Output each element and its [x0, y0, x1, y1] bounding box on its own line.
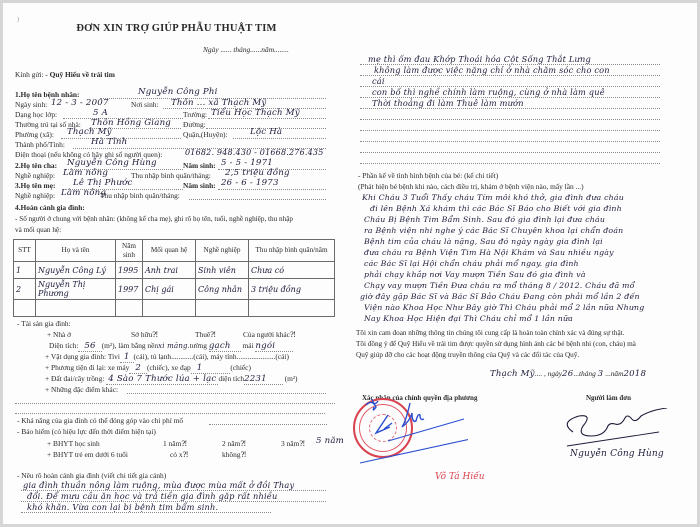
- year-label: năm: [611, 369, 624, 378]
- motorbike-count[interactable]: 2: [129, 363, 147, 374]
- city-label: Thành phố/Tỉnh:: [15, 140, 65, 150]
- disease-line[interactable]: Bệnh tim của cháu là nặng, Sau đó ngày n…: [364, 237, 603, 247]
- disease-subheading: (Phát hiện bé bệnh khi nào, cách điều tr…: [358, 182, 584, 192]
- father-income-label: Thu nhập bình quân/tháng:: [131, 171, 211, 181]
- dob-label: Ngày sinh:: [15, 100, 47, 110]
- table-header-row: STT Họ và tên Năm sinh Mối quan hệ Nghề …: [14, 240, 335, 262]
- cell-income[interactable]: Chưa có: [249, 262, 335, 279]
- father-name[interactable]: Nguyễn Công Hùng: [67, 158, 157, 168]
- appliances-rest: (cái), tủ lạnh............(cái), máy tín…: [134, 352, 289, 361]
- mother-birth-label: Năm sinh:: [183, 181, 216, 191]
- land-area-label: diện tích: [218, 374, 244, 383]
- scanned-application-form: ) ĐƠN XIN TRỢ GIÚP PHẪU THUẬT TIM Ngày .…: [3, 3, 697, 524]
- floor-value[interactable]: xi măng: [158, 342, 188, 350]
- ward-value[interactable]: Thạch Mỹ: [67, 127, 112, 137]
- father-name-label: 2.Họ tên cha:: [15, 161, 57, 171]
- applicant-label: Người làm đơn: [586, 393, 631, 403]
- disease-line[interactable]: Cháu Bị Bệnh Tim Bẩm Sinh. Sau đó gia đì…: [364, 215, 605, 225]
- cell-relation[interactable]: Anh trai: [143, 262, 196, 279]
- other-owner-option[interactable]: Của người khác⁈: [243, 330, 295, 340]
- phone-value[interactable]: 01682. 948.430 - 01668.276.435: [185, 148, 323, 158]
- appliances-label: + Vật dụng gia đình: Tivi: [45, 352, 120, 361]
- bike-unit: (chiếc): [230, 363, 251, 372]
- district-label: Quận,(Huyện):: [183, 130, 228, 140]
- local-gov-signer-name: Võ Tá Hiếu: [435, 472, 485, 482]
- dotted-line: [360, 141, 660, 142]
- col-stt: STT: [14, 240, 36, 262]
- recipient-label: Kính gửi:: [15, 70, 43, 79]
- cell-stt[interactable]: 2: [14, 279, 36, 300]
- father-income[interactable]: 2,5 triệu đồng: [225, 168, 290, 178]
- disease-line[interactable]: các Bác Sĩ lại Hội chẩn cháu phải mổ nga…: [364, 259, 579, 269]
- area-label: Diện tích:: [49, 341, 78, 350]
- cell-job[interactable]: Công nhân: [196, 279, 249, 300]
- mother-name[interactable]: Lê Thị Phước: [73, 178, 133, 188]
- continued-line[interactable]: Thời thoảng đi làm Thuê làm mướn: [372, 98, 524, 108]
- dotted-line: [360, 119, 660, 120]
- transport-label: + Phương tiện đi lại: xe máy: [45, 363, 129, 372]
- cell-stt[interactable]: 1: [14, 262, 36, 279]
- col-job: Nghề nghiệp: [196, 240, 249, 262]
- month-label: tháng: [579, 369, 596, 378]
- roof-label: mái: [242, 341, 253, 350]
- col-income: Thu nhập bình quân/năm: [249, 240, 335, 262]
- disease-heading: - Phần kể về tình hình bệnh của bé: (kể …: [358, 171, 498, 181]
- dotted-line: [15, 413, 325, 414]
- area-row: Diện tích:56(m²), làm bằng nềnxi măng.tư…: [49, 341, 293, 351]
- members-note-2: và mối quan hệ:: [15, 225, 61, 235]
- dotted-line: [208, 118, 326, 119]
- continued-line[interactable]: mẹ thì ốm đau Khớp Thoái hóa Cột Sống Th…: [368, 54, 591, 64]
- commitment-line-3: Quỹ giúp đỡ cho các hoạt động truyền thô…: [356, 350, 579, 360]
- bhyt-yes-option[interactable]: có x⁈: [170, 450, 188, 460]
- ward-label: Phường (xã):: [15, 130, 54, 140]
- land-area-unit: (m²): [285, 374, 298, 383]
- recipient-row: Kính gửi: - Quỹ Hiểu về trái tim: [15, 70, 115, 80]
- form-title: ĐƠN XIN TRỢ GIÚP PHẪU THUẬT TIM: [3, 23, 350, 34]
- situation-line[interactable]: đổi. Để mưu cầu ăn học và trả tiền gia đ…: [27, 491, 278, 501]
- cell-birth-year[interactable]: 1997: [116, 279, 143, 300]
- disease-line[interactable]: đi lên Bệnh Xá khám thì các Bác Sĩ Báo c…: [370, 204, 622, 214]
- disease-line[interactable]: Viện nào Khoa Học Như Bây giờ Thì Cháu p…: [364, 303, 644, 313]
- district-value[interactable]: Lộc Hà: [250, 127, 282, 137]
- cell-name[interactable]: Nguyễn Công Lý: [36, 262, 116, 279]
- insurance-label: - Bảo hiểm (có hiệu lực đến thời điểm hi…: [17, 427, 156, 437]
- mother-income-label: Thu nhập bình quân/tháng:: [100, 191, 180, 201]
- birthplace-label: Nơi sinh:: [131, 100, 159, 110]
- dotted-line: [360, 163, 660, 164]
- dotted-line: [360, 130, 660, 131]
- bhyt-1-year-option[interactable]: 1 năm⁈: [163, 439, 187, 449]
- cell-relation[interactable]: [143, 300, 196, 317]
- land-value[interactable]: 4 Sào 7 Thước lúa + lạc: [106, 374, 218, 385]
- wall-label: tường: [190, 341, 207, 350]
- wall-value[interactable]: gạch: [209, 341, 241, 352]
- col-birth-year: Năm sinh: [116, 240, 143, 262]
- family-heading: 4.Hoàn cảnh gia đình:: [15, 203, 85, 213]
- mother-birth[interactable]: 26 - 6 - 1973: [221, 178, 279, 188]
- patient-name[interactable]: Nguyễn Công Phi: [138, 87, 218, 97]
- cell-name[interactable]: Nguyễn Thị Phương: [36, 279, 116, 300]
- dotted-line: [209, 424, 327, 425]
- land-label: + Đất đai/cây trồng:: [45, 374, 104, 383]
- area-value[interactable]: 56: [78, 341, 101, 352]
- land-row: + Đất đai/cây trồng: 4 Sào 7 Thước lúa +…: [45, 374, 298, 384]
- disease-line[interactable]: giờ đây gặp Bác Sĩ và Bác Sĩ Bảo Cháu Đa…: [360, 292, 640, 302]
- class-value[interactable]: 5 A: [93, 108, 108, 118]
- cell-job[interactable]: Sinh viên: [196, 262, 249, 279]
- dotted-line: [360, 152, 660, 153]
- cell-job[interactable]: [196, 300, 249, 317]
- sign-year[interactable]: 2018: [623, 369, 646, 379]
- signing-date-row: Thạch Mỹ.... , ngày26...tháng 3 ...năm20…: [490, 369, 646, 379]
- mother-job-label: Nghề nghiệp:: [15, 191, 55, 201]
- recipient-value: - Quỹ Hiểu về trái tim: [45, 70, 115, 79]
- cell-income[interactable]: [249, 300, 335, 317]
- birthplace-value[interactable]: Thôn ... xã Thạch Mỹ: [171, 98, 266, 108]
- father-birth-label: Năm sinh:: [183, 161, 216, 171]
- appliances-row: + Vật dụng gia đình: Tivi1(cái), tủ lạnh…: [45, 352, 289, 362]
- disease-line[interactable]: phải chạy khắp nơi Vay mượn Tiền Sau đó …: [364, 270, 586, 280]
- cell-name[interactable]: [36, 300, 116, 317]
- cell-birth-year[interactable]: 1995: [116, 262, 143, 279]
- situation-line[interactable]: gia đình thuần nông làm ruộng, mùa được …: [23, 480, 294, 490]
- cell-stt[interactable]: [14, 300, 36, 317]
- bhyt-note[interactable]: 5 năm: [316, 436, 344, 446]
- applicant-name: Nguyễn Công Hùng: [570, 449, 664, 459]
- dotted-line: [127, 393, 326, 394]
- dotted-line: [189, 199, 326, 200]
- dotted-line: [218, 189, 326, 190]
- dotted-line: [21, 512, 271, 513]
- bhyt-2-year-option[interactable]: 2 năm⁈: [222, 439, 246, 449]
- own-option[interactable]: Sở hữu⁈: [131, 330, 158, 340]
- commitment-line-1: Tôi xin cam đoan những thông tin chúng t…: [356, 328, 624, 338]
- continued-line[interactable]: không làm được việc nặng chỉ ở nhà chăm …: [374, 65, 610, 75]
- left-page: ) ĐƠN XIN TRỢ GIÚP PHẪU THUẬT TIM Ngày .…: [3, 3, 350, 524]
- disease-line[interactable]: đưa cháu ra Bệnh Viện Tim Hà Nội Khám và…: [364, 248, 614, 258]
- transport-row: + Phương tiện đi lại: xe máy2(chiếc), xe…: [45, 363, 251, 373]
- bicycle-count[interactable]: 1: [191, 363, 231, 374]
- members-note: - Số người ở chung với bệnh nhân: (không…: [15, 214, 293, 224]
- cell-birth-year[interactable]: [116, 300, 143, 317]
- table-row: [14, 300, 335, 317]
- continued-line[interactable]: cái: [372, 76, 385, 86]
- cell-relation[interactable]: Chị gái: [143, 279, 196, 300]
- col-relation: Mối quan hệ: [143, 240, 196, 262]
- bhyt-3-year-option[interactable]: 3 năm⁈: [281, 439, 305, 449]
- rent-option[interactable]: Thuê⁈: [195, 330, 216, 340]
- col-name: Họ và tên: [36, 240, 116, 262]
- other-features-label: + Những đặc điểm khác:: [45, 385, 118, 395]
- local-gov-signature-icon: [348, 393, 468, 473]
- disease-line[interactable]: Nay Khoa Học Hiện đại Thì Cháu chỉ mổ 1 …: [364, 314, 573, 324]
- situation-line[interactable]: khó khăn. Vừa con lại bị bệnh tim bẩm si…: [27, 502, 218, 512]
- continued-line[interactable]: con bố thì nghề chính làm ruộng, cùng ở …: [372, 87, 605, 97]
- mother-name-label: 3.Họ tên mẹ:: [15, 181, 55, 191]
- class-label: Dạng học lớp:: [15, 110, 57, 120]
- dotted-line: [360, 75, 660, 76]
- date-line: Ngày ...... tháng......năm........: [203, 45, 289, 55]
- house-label: + Nhà ở: [47, 330, 71, 340]
- street-label: Đường:: [183, 120, 206, 130]
- area-unit: (m²), làm bằng nền: [102, 341, 158, 350]
- day-label: , ngày: [544, 369, 562, 378]
- dob-value[interactable]: 12 - 3 - 2007: [51, 98, 109, 108]
- contribution-label: - Khả năng của gia đình có thể đóng góp …: [17, 416, 183, 426]
- family-members-table: STT Họ và tên Năm sinh Mối quan hệ Nghề …: [13, 239, 335, 317]
- disease-line[interactable]: Chạy vay mượn Tiền Đưa cháu ra mổ tháng …: [364, 281, 635, 291]
- father-job[interactable]: Làm nông: [63, 168, 108, 178]
- tv-count[interactable]: 1: [120, 352, 134, 363]
- land-area-value[interactable]: 2231: [244, 374, 283, 385]
- commitment-line-2: Tôi đồng ý để Quỹ Hiểu về trái tim được …: [356, 339, 636, 349]
- school-value[interactable]: Tiểu Học Thạch Mỹ: [211, 108, 300, 118]
- father-birth[interactable]: 5 - 5 - 1971: [221, 158, 273, 168]
- signing-place[interactable]: Thạch Mỹ: [490, 369, 535, 379]
- dotted-line: [360, 108, 660, 109]
- father-job-label: Nghề nghiệp:: [15, 171, 55, 181]
- sign-day[interactable]: 26: [562, 369, 573, 379]
- disease-line[interactable]: ra Bệnh viện nhi nghe ý các Bác Sĩ Chuyê…: [364, 226, 623, 236]
- cell-income[interactable]: 3 triệu đồng: [249, 279, 335, 300]
- roof-value[interactable]: ngói: [255, 341, 293, 352]
- table-row: 2 Nguyễn Thị Phương 1997 Chị gái Công nh…: [14, 279, 335, 300]
- dotted-line: [15, 403, 335, 404]
- school-label: Trường:: [183, 110, 207, 120]
- assets-heading: - Tài sản gia đình:: [17, 319, 71, 329]
- table-row: 1 Nguyễn Công Lý 1995 Anh trai Sinh viên…: [14, 262, 335, 279]
- city-value[interactable]: Hà Tĩnh: [91, 137, 127, 147]
- bike-label: (chiếc), xe đạp: [147, 363, 191, 372]
- bhyt-student-label: + BHYT học sinh: [47, 439, 100, 449]
- bhyt-child-label: + BHYT trẻ em dưới 6 tuổi: [47, 450, 128, 460]
- disease-line[interactable]: Khi Cháu 3 Tuổi Thấy cháu Tím môi khó th…: [362, 193, 624, 203]
- dotted-line: [233, 138, 326, 139]
- bhyt-no-option[interactable]: không⁈: [222, 450, 246, 460]
- applicant-signature-icon: [553, 408, 673, 448]
